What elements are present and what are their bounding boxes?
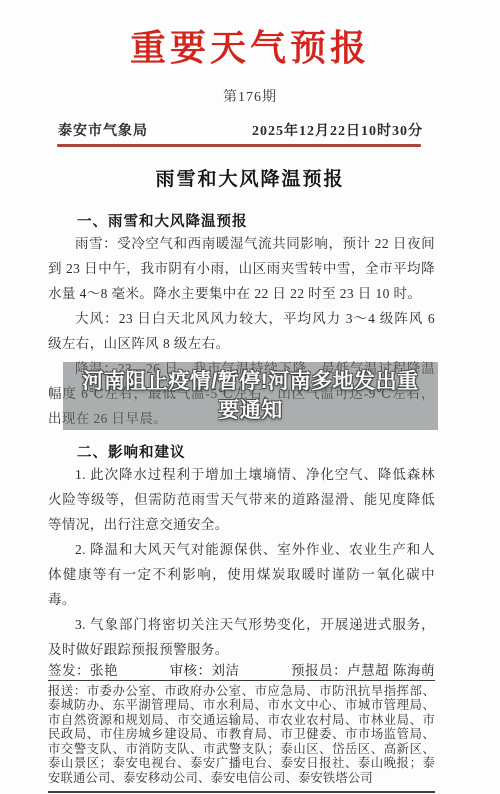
issuer-name: 签发：张艳	[48, 663, 118, 679]
paragraph-cooling: 降温：23—26 日，我市气温持续下降，最低气温过程降温幅度 6℃左右，最低气温…	[48, 356, 435, 431]
paragraph-rain-snow: 雨雪：受冷空气和西南暖湿气流共同影响，预计 22 日夜间到 23 日中午，我市阴…	[48, 231, 435, 306]
document-body: 一、雨雪和大风降温预报 雨雪：受冷空气和西南暖湿气流共同影响，预计 22 日夜间…	[48, 213, 435, 786]
footer-divider-rule	[48, 791, 435, 793]
issue-number: 第176期	[0, 90, 500, 106]
paragraph-wind: 大风：23 日白天北风风力较大，平均风力 3～4 级阵风 6 级左右，山区阵风 …	[48, 306, 435, 356]
paragraph-advice-2: 2. 降温和大风天气对能源保供、室外作业、农业生产和人体健康等有一定不利影响，使…	[48, 537, 435, 612]
bulletin-title: 重要天气预报	[0, 26, 500, 70]
issue-datetime: 2025年12月22日10时30分	[252, 122, 423, 142]
section-1-heading: 一、雨雪和大风降温预报	[48, 213, 435, 231]
signoff-row: 签发：张艳 审核：刘洁 预报员：卢慧超 陈海萌	[48, 663, 435, 681]
distribution-list: 报送：市委办公室、市政府办公室、市应急局、市防汛抗旱指挥部、泰城防办、东平湖管理…	[48, 684, 435, 786]
section-2-heading: 二、影响和建议	[48, 444, 435, 462]
header-divider-rule	[57, 144, 421, 147]
issuing-agency: 泰安市气象局	[58, 122, 148, 142]
reviewer-name: 审核：刘洁	[170, 663, 240, 679]
forecaster-names: 预报员：卢慧超 陈海萌	[291, 663, 435, 679]
paragraph-advice-3: 3. 气象部门将密切关注天气形势变化，开展递进式服务，及时做好跟踪预报预警服务。	[48, 612, 435, 662]
weather-bulletin-page: 重要天气预报 第176期 泰安市气象局 2025年12月22日10时30分 雨雪…	[0, 0, 500, 794]
document-title: 雨雪和大风降温预报	[0, 169, 500, 191]
paragraph-advice-1: 1. 此次降水过程利于增加土壤墒情、净化空气、降低森林火险等级等，但需防范雨雪天…	[48, 462, 435, 537]
agency-date-row: 泰安市气象局 2025年12月22日10时30分	[58, 122, 423, 142]
